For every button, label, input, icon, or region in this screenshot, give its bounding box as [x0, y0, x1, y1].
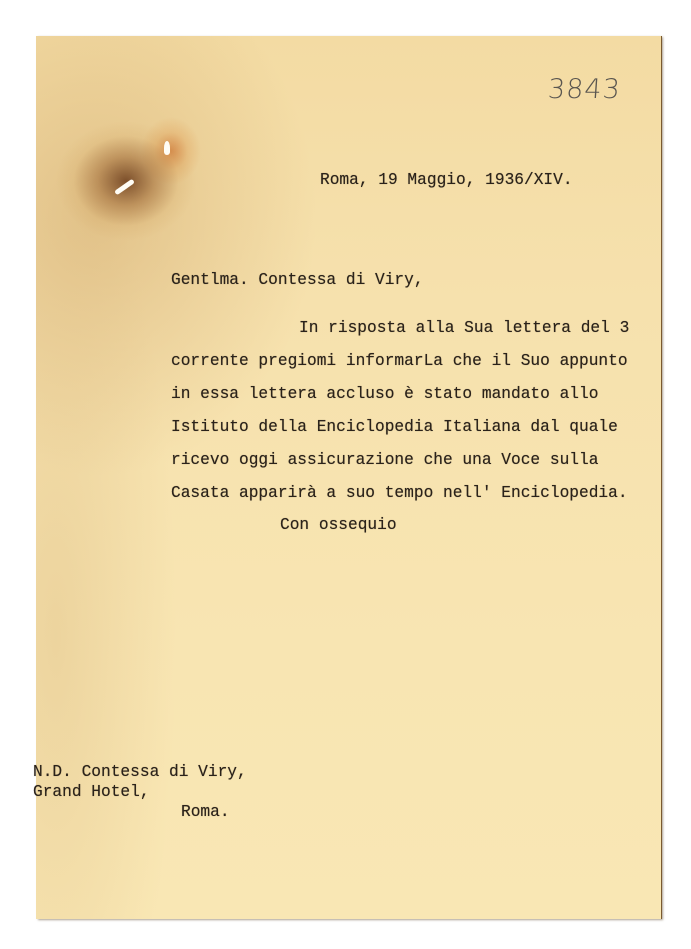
address-line-city: Roma.	[181, 804, 230, 820]
archive-number-handwritten: 3843	[547, 74, 622, 105]
burn-hole	[164, 141, 170, 155]
burn-hole	[114, 179, 135, 196]
closing: Con ossequio	[280, 517, 397, 533]
body-line: corrente pregiomi informarLa che il Suo …	[171, 353, 628, 369]
salutation: Gentlma. Contessa di Viry,	[171, 272, 424, 288]
address-line-hotel: Grand Hotel,	[33, 784, 150, 800]
body-line: Casata apparirà a suo tempo nell' Encicl…	[171, 485, 628, 501]
dateline: Roma, 19 Maggio, 1936/XIV.	[320, 172, 573, 188]
address-line-recipient: N.D. Contessa di Viry,	[33, 764, 247, 780]
body-line: in essa lettera accluso è stato mandato …	[171, 386, 598, 402]
body-line: In risposta alla Sua lettera del 3	[299, 320, 629, 336]
body-line: ricevo oggi assicurazione che una Voce s…	[171, 452, 598, 468]
body-line: Istituto della Enciclopedia Italiana dal…	[171, 419, 618, 435]
